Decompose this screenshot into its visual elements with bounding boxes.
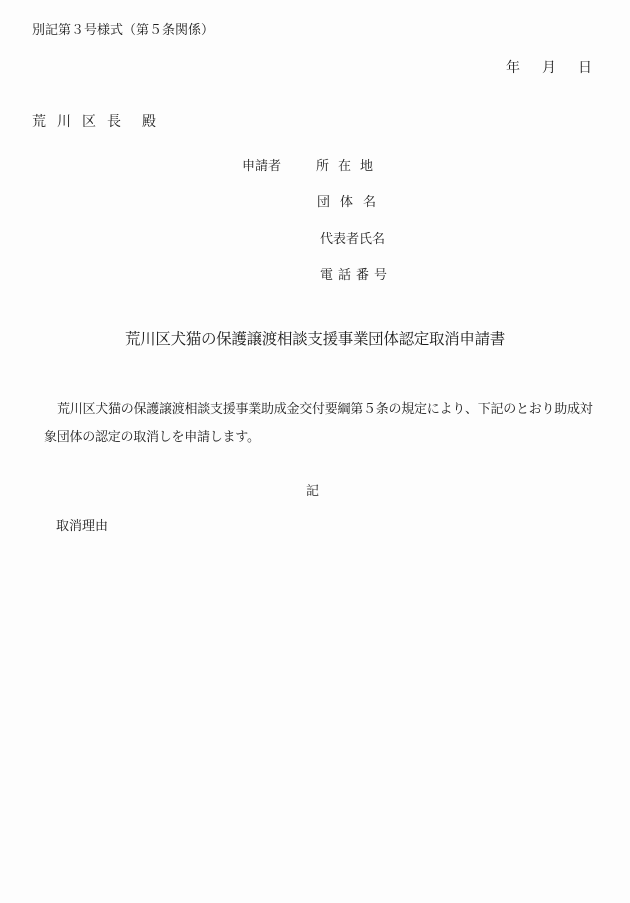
addressee: 荒川区長殿 (32, 115, 156, 129)
form-number: 別記第３号様式（第５条関係） (32, 24, 214, 37)
body-paragraph: 荒川区犬猫の保護譲渡相談支援事業助成金交付要綱第５条の規定により、下記のとおり助… (44, 396, 584, 452)
body-line-1: 荒川区犬猫の保護譲渡相談支援事業助成金交付要綱第５条の規定により、下記のとおり助… (44, 396, 584, 424)
document-title: 荒川区犬猫の保護譲渡相談支援事業団体認定取消申請書 (0, 332, 630, 348)
date-year-label: 年 (506, 61, 520, 75)
addressee-honorific: 殿 (142, 114, 156, 130)
phone-field-label: 電話番号 (320, 269, 392, 282)
ki-heading: 記 (306, 485, 319, 498)
representative-field-label: 代表者氏名 (320, 233, 385, 246)
cancellation-reason-label: 取消理由 (56, 520, 108, 533)
date-line: 年月日 (484, 61, 592, 75)
addressee-name: 荒川区長 (32, 114, 132, 130)
address-field-label: 所在地 (316, 160, 382, 173)
applicant-label: 申請者 (242, 160, 281, 173)
group-name-field-label: 団体名 (317, 196, 386, 209)
body-line-2: 象団体の認定の取消しを申請します。 (44, 424, 584, 452)
date-month-label: 月 (542, 61, 556, 75)
date-day-label: 日 (578, 61, 592, 75)
